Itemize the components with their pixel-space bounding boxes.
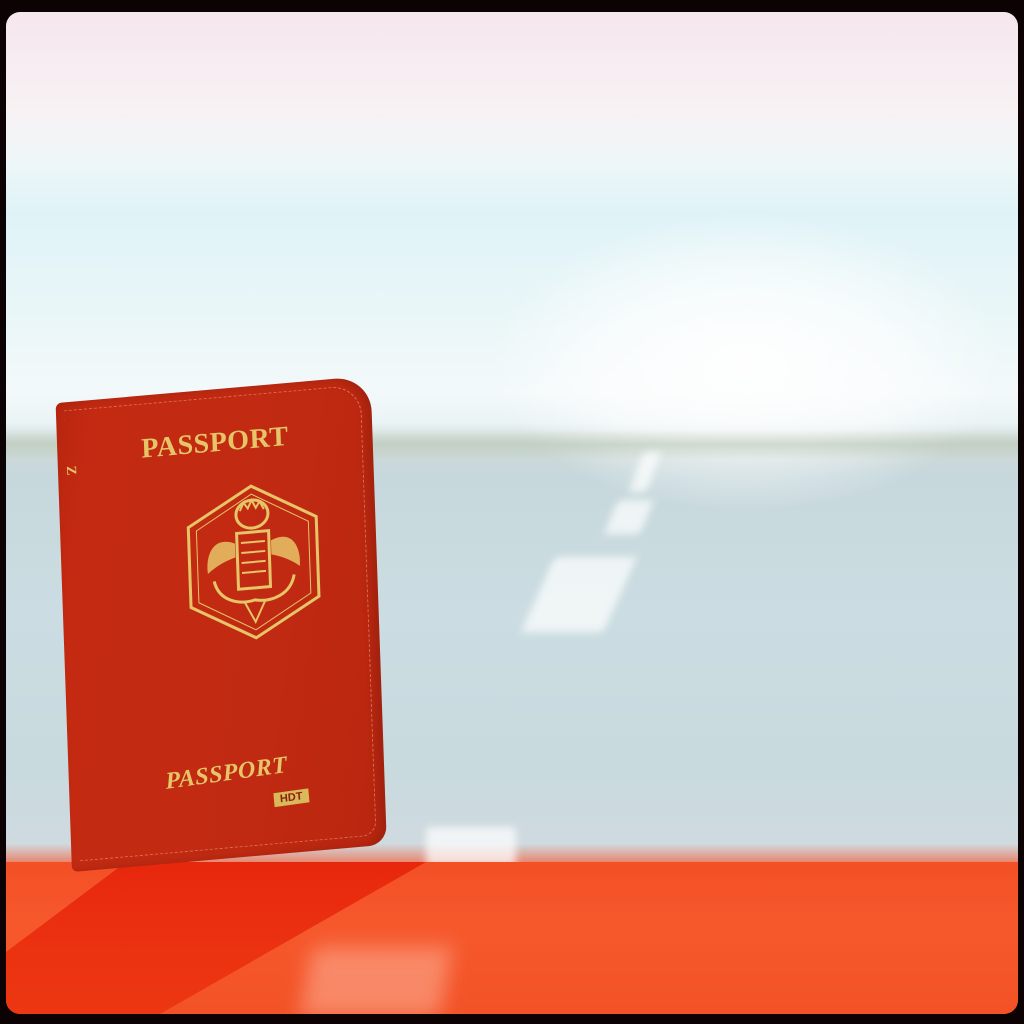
lane-dash	[604, 500, 654, 534]
sun-glare	[486, 212, 1006, 512]
photo: Z PASSPORT PASSPORT HDT	[6, 12, 1018, 1014]
passport: Z PASSPORT PASSPORT HDT	[56, 376, 387, 872]
floor-reflection	[300, 947, 452, 1014]
lane-dash	[521, 557, 636, 632]
eagle-crest-hexagon-icon	[181, 476, 326, 648]
lane-dash	[426, 827, 516, 867]
